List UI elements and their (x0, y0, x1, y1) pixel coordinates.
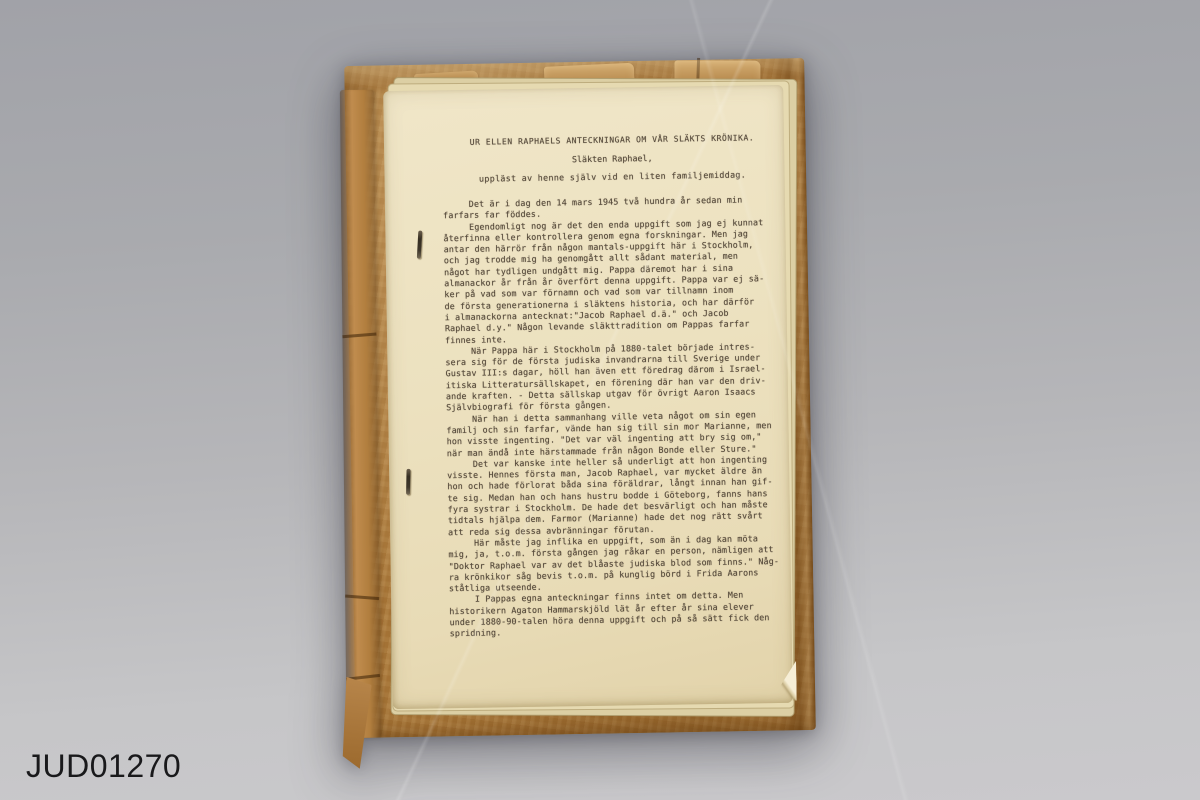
document-paragraph: Det var kanske inte heller så underligt … (447, 454, 788, 538)
staple-bottom (406, 469, 410, 495)
strip-crack (345, 595, 379, 601)
document-paragraph: När Pappa här i Stockholm på 1880-talet … (445, 341, 786, 414)
document-body: Det är i dag den 14 mars 1945 två hundra… (443, 194, 790, 640)
dog-eared-corner (770, 661, 797, 701)
document-page: UR ELLEN RAPHAELS ANTECKNINGAR OM VÅR SL… (383, 85, 793, 709)
document-title: UR ELLEN RAPHAELS ANTECKNINGAR OM VÅR SL… (442, 129, 783, 188)
document-paragraph: I Pappas egna anteckningar finns intet o… (449, 589, 790, 640)
staple-top (417, 231, 423, 259)
document-paragraph: Här måste jag inflika en uppgift, som än… (448, 533, 789, 595)
document-paragraph: När han i detta sammanhang ville veta nå… (446, 409, 787, 460)
strip-crack (342, 332, 376, 338)
photo-backdrop: UR ELLEN RAPHAELS ANTECKNINGAR OM VÅR SL… (0, 0, 1200, 800)
torn-paper-strip (340, 90, 381, 738)
document-paragraph: Egendomligt nog är det den enda uppgift … (443, 217, 785, 347)
catalog-number-label: JUD01270 (26, 748, 181, 785)
typewritten-text: UR ELLEN RAPHAELS ANTECKNINGAR OM VÅR SL… (442, 129, 790, 640)
